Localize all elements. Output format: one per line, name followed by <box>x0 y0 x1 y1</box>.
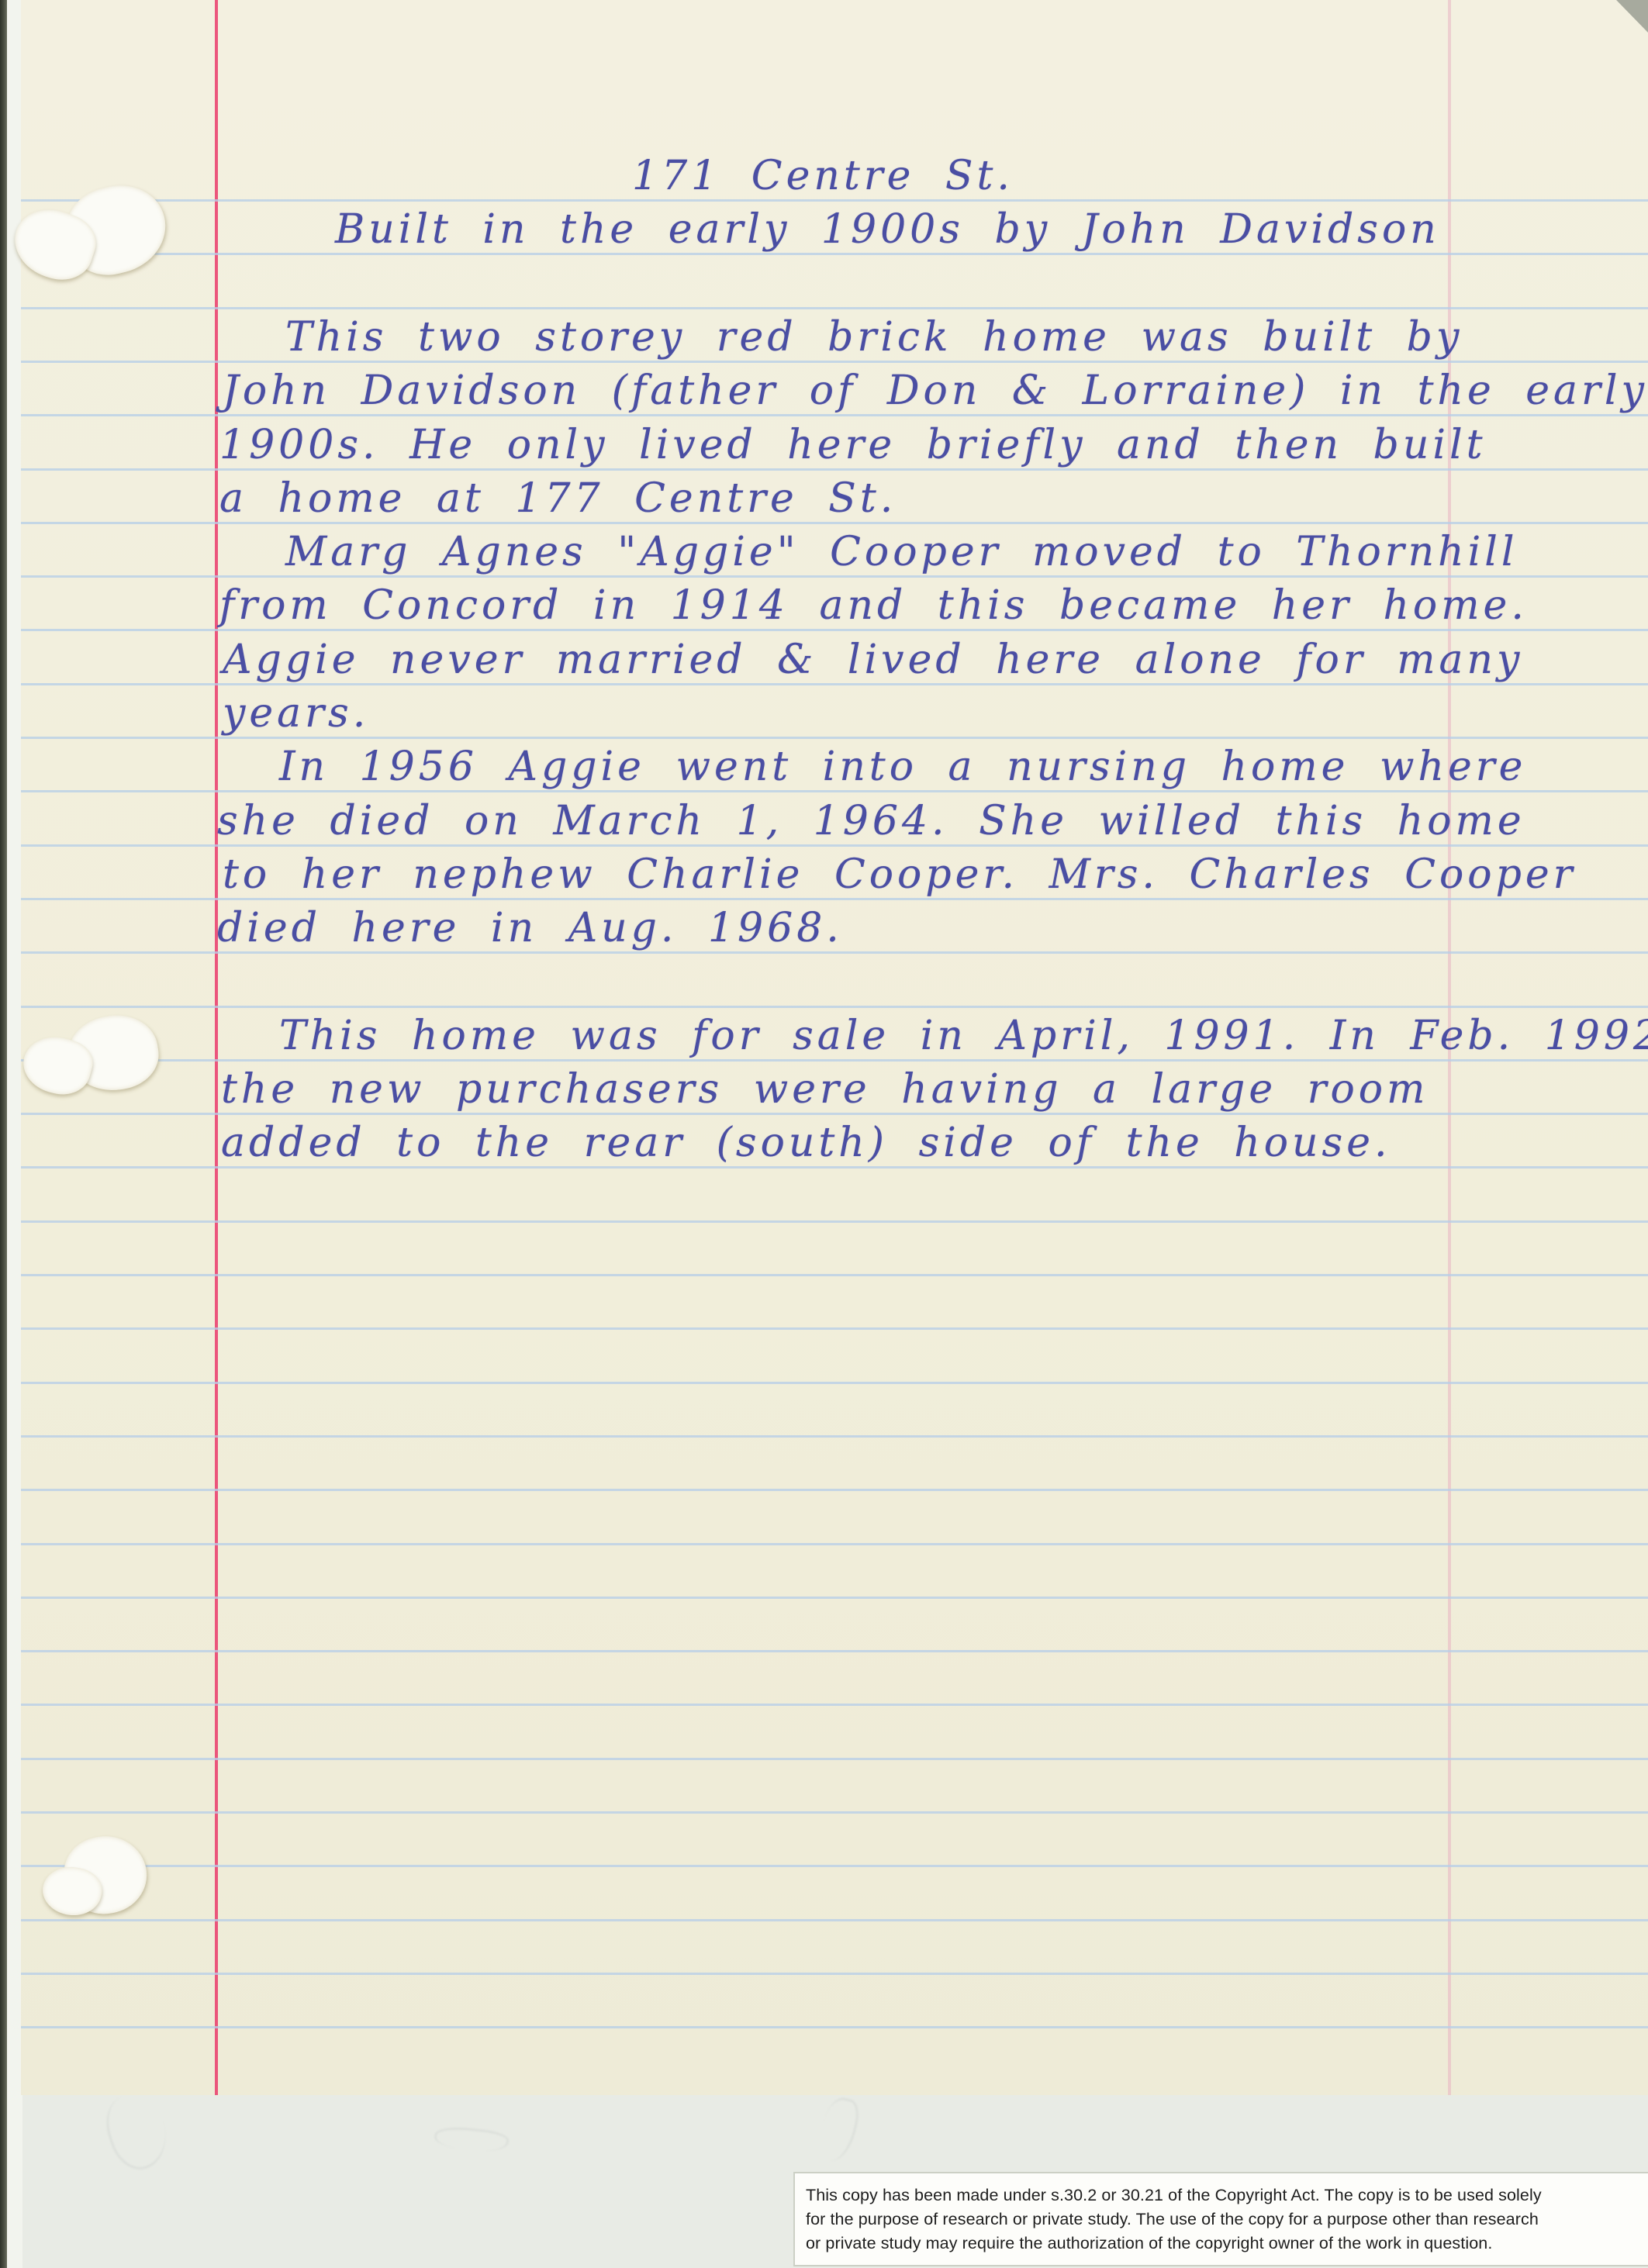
handwritten-line: This home was for sale in April, 1991. I… <box>279 1011 1648 1061</box>
ruled-line <box>21 1382 1648 1384</box>
ruled-line <box>21 1543 1648 1545</box>
copyright-line: This copy has been made under s.30.2 or … <box>806 2183 1648 2208</box>
handwritten-line: John Davidson (father of Don & Lorraine)… <box>223 366 1648 416</box>
backing-strip <box>7 0 22 2268</box>
ruled-line <box>21 1650 1648 1652</box>
handwritten-line: Aggie never married & lived here alone f… <box>223 635 1523 685</box>
handwritten-line: This two storey red brick home was built… <box>285 312 1463 362</box>
handwritten-line: to her nephew Charlie Cooper. Mrs. Charl… <box>223 850 1577 899</box>
ruled-line <box>21 1006 1648 1008</box>
handwritten-line: 1900s. He only lived here briefly and th… <box>219 420 1486 470</box>
ruled-line <box>21 1704 1648 1706</box>
copyright-notice-label: This copy has been made under s.30.2 or … <box>795 2173 1648 2265</box>
scanner-edge-strip <box>0 0 7 2268</box>
ruled-line <box>21 1919 1648 1921</box>
red-margin-line <box>215 0 218 2095</box>
pencil-smudge <box>98 2087 176 2177</box>
pencil-smudge <box>434 2125 510 2155</box>
ruled-line <box>21 2026 1648 2028</box>
handwritten-line: years. <box>223 689 369 738</box>
ruled-line <box>21 1220 1648 1223</box>
handwritten-line: Built in the early 1900s by John Davidso… <box>335 205 1440 254</box>
copyright-line: or private study may require the authori… <box>806 2232 1648 2256</box>
scanned-page: 171 Centre St.Built in the early 1900s b… <box>0 0 1648 2268</box>
handwritten-line: died here in Aug. 1968. <box>217 903 843 953</box>
punch-hole-bottom <box>43 1836 147 1925</box>
ruled-line <box>21 1758 1648 1760</box>
handwritten-line: the new purchasers were having a large r… <box>221 1065 1429 1114</box>
ruled-line <box>21 1811 1648 1814</box>
handwritten-line: from Concord in 1914 and this became her… <box>219 581 1528 630</box>
copyright-line: for the purpose of research or private s… <box>806 2208 1648 2232</box>
handwritten-line: 171 Centre St. <box>632 151 1014 201</box>
handwritten-line: In 1956 Aggie went into a nursing home w… <box>279 742 1526 792</box>
pencil-smudge <box>815 2094 863 2165</box>
ruled-line <box>21 1489 1648 1491</box>
handwritten-line: Marg Agnes "Aggie" Cooper moved to Thorn… <box>285 527 1518 577</box>
punch-hole-middle <box>23 1016 147 1101</box>
ruled-line <box>21 1435 1648 1438</box>
ruled-line <box>21 1973 1648 1975</box>
ruled-line <box>21 1597 1648 1599</box>
handwritten-line: she died on March 1, 1964. She willed th… <box>217 796 1525 846</box>
ruled-line <box>21 1274 1648 1276</box>
ruled-line <box>21 307 1648 309</box>
handwritten-line: added to the rear (south) side of the ho… <box>221 1118 1391 1168</box>
punch-hole-top <box>14 185 161 285</box>
ruled-line <box>21 1327 1648 1330</box>
handwritten-line: a home at 177 Centre St. <box>219 474 897 523</box>
ruled-line <box>21 1865 1648 1867</box>
paper: 171 Centre St.Built in the early 1900s b… <box>21 0 1648 2095</box>
